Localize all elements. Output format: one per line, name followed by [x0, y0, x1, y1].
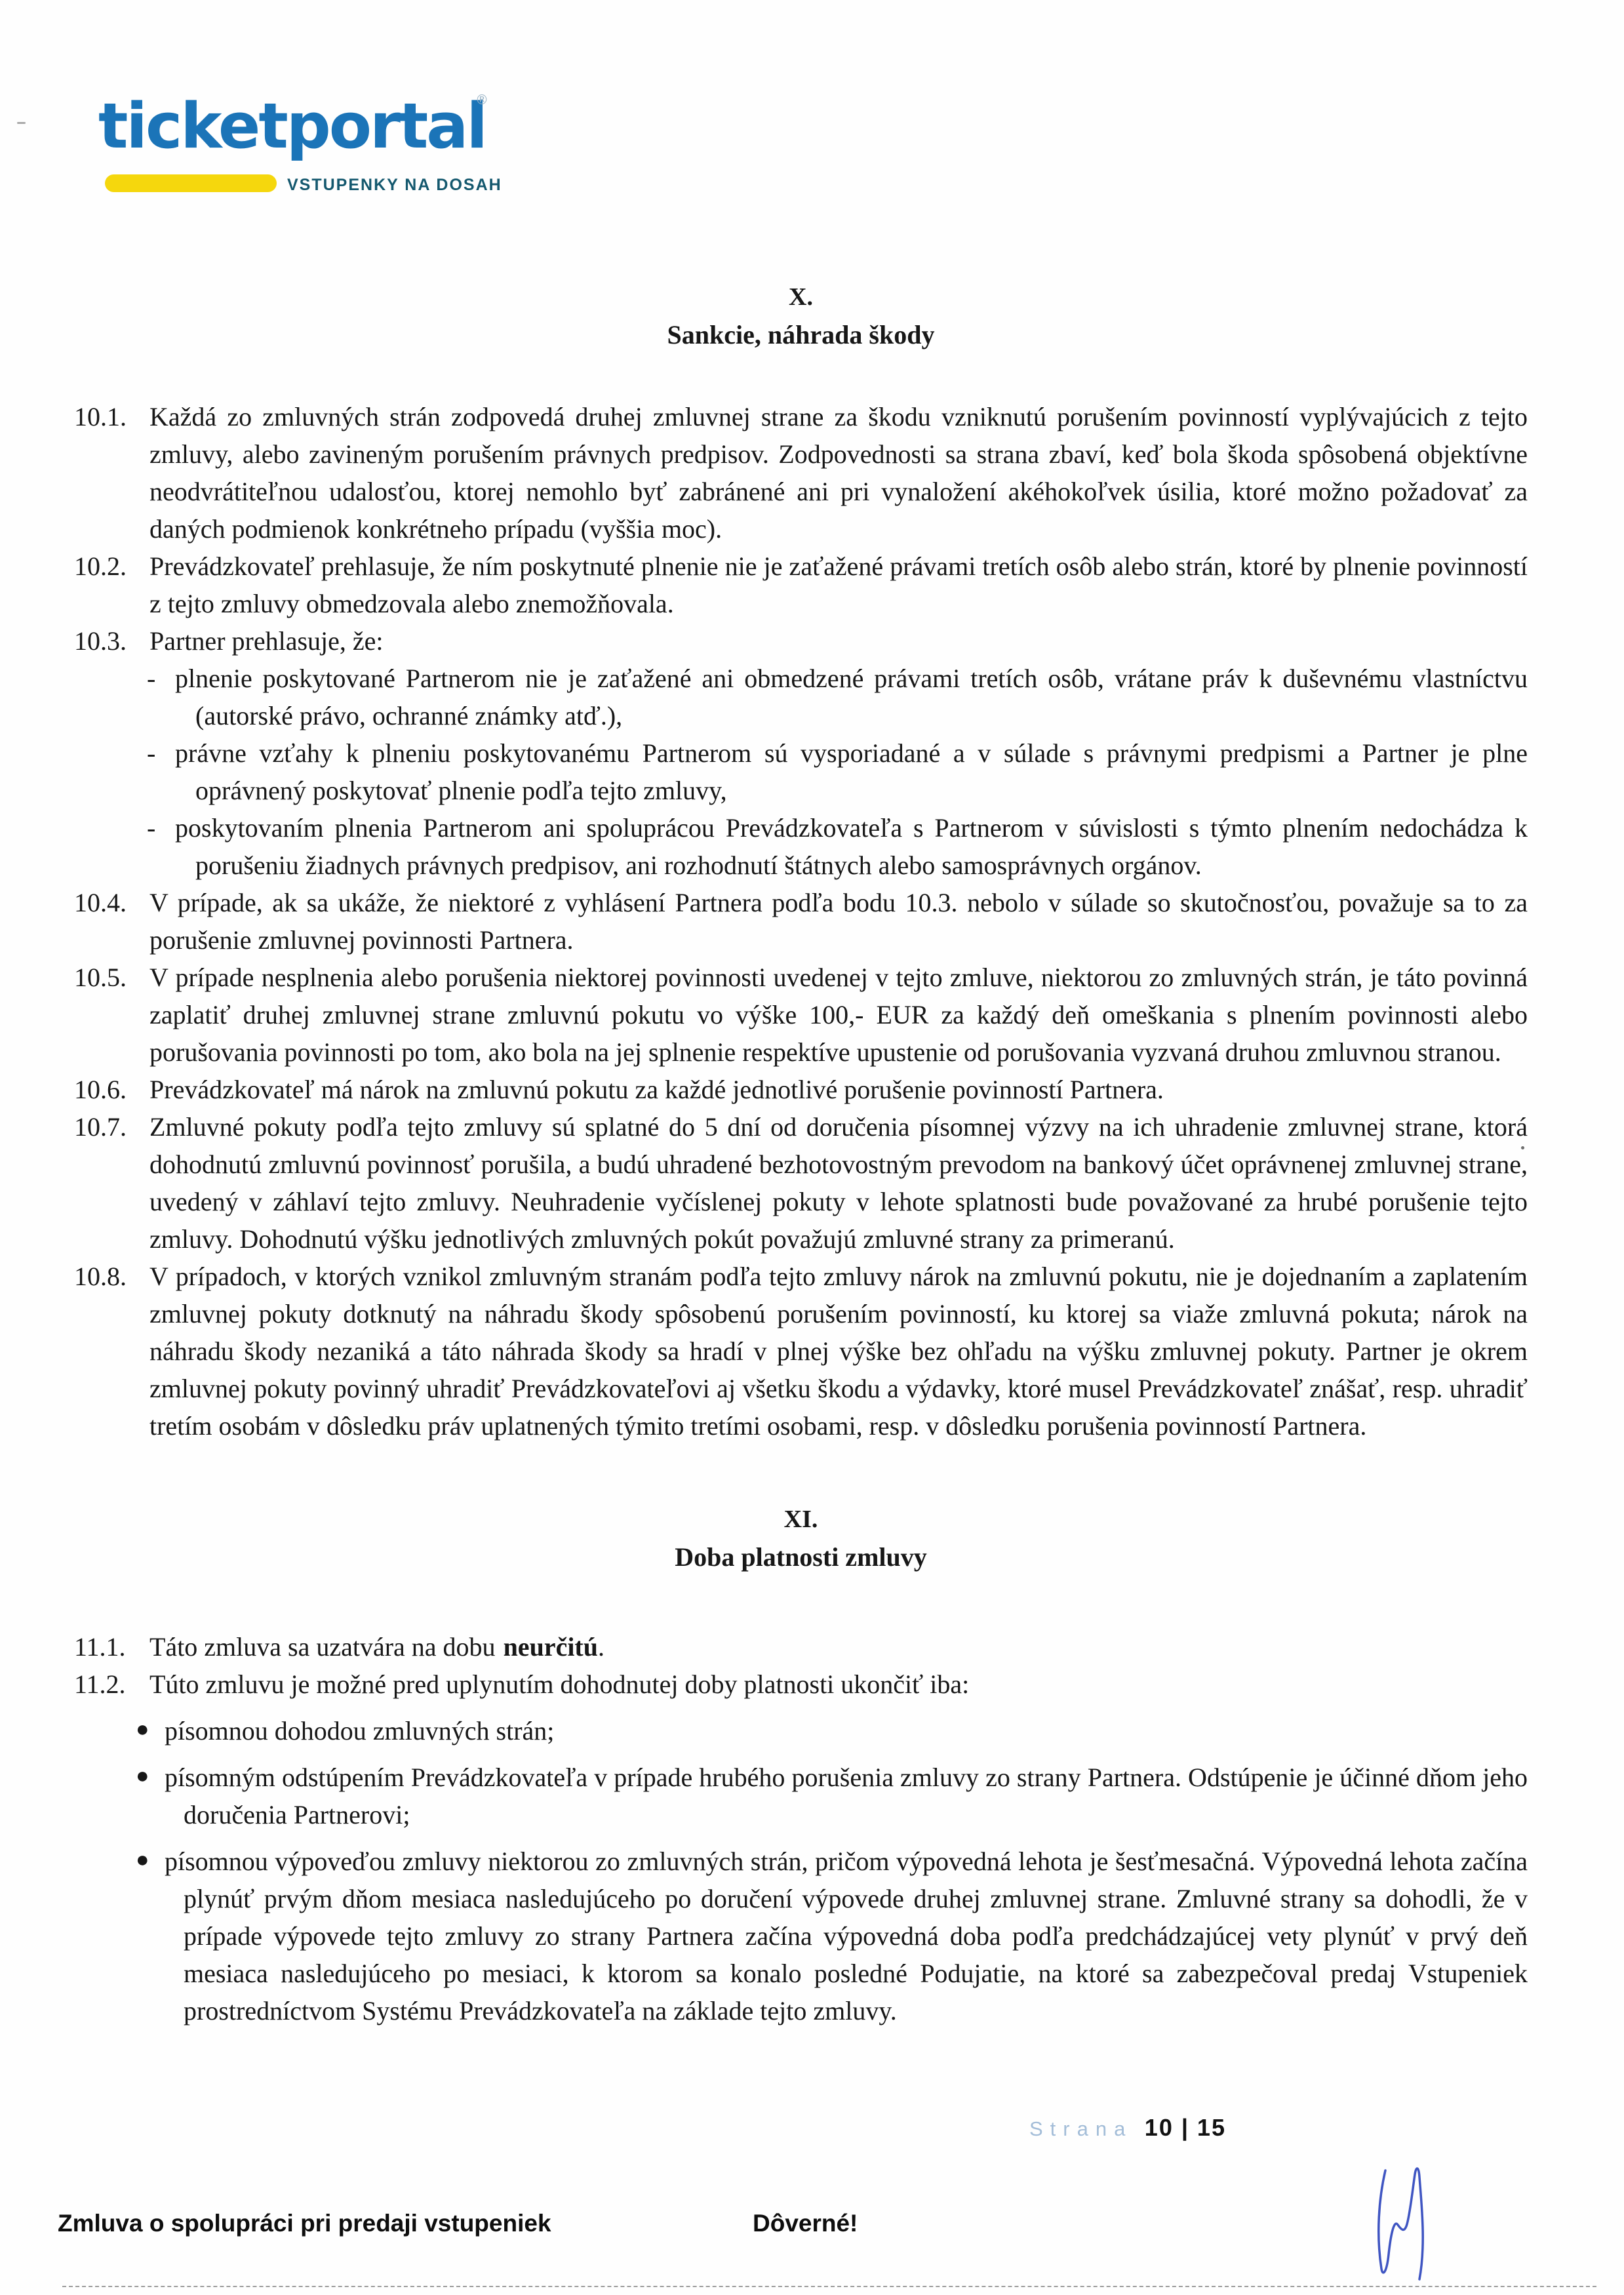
section-x-number: X. [74, 279, 1528, 316]
contract-text-body: X. Sankcie, náhrada škody 10.1. Každá zo… [74, 279, 1528, 2029]
clause-10-4: 10.4. V prípade, ak sa ukáže, že niektor… [74, 884, 1528, 959]
page-number-label: Strana [1029, 2117, 1132, 2140]
bullet-marker: ● [136, 1841, 149, 1879]
signature-scribble [1367, 2163, 1472, 2287]
clause-number: 11.1. [74, 1628, 126, 1666]
clause-text-plain: Táto zmluva sa uzatvára na dobu [149, 1632, 496, 1662]
clause-number: 10.3. [74, 622, 127, 660]
clause-text: V prípade nesplnenia alebo porušenia nie… [149, 963, 1528, 1067]
clause-number: 10.5. [74, 959, 127, 996]
clause-number: 10.8. [74, 1258, 127, 1295]
ticketportal-logo: ticketportal ® VSTUPENKY NA DOSAH [98, 90, 597, 202]
logo-tagline: VSTUPENKY NA DOSAH [287, 176, 502, 195]
scan-artifact-dash [17, 122, 26, 124]
section-x-heading: X. Sankcie, náhrada škody [74, 279, 1528, 353]
registered-trademark-icon: ® [475, 92, 488, 108]
clause-10-6: 10.6. Prevádzkovateľ má nárok na zmluvnú… [74, 1071, 1528, 1108]
dash-item-text: právne vzťahy k plneniu poskytovanému Pa… [175, 738, 1528, 805]
clause-text: Zmluvné pokuty podľa tejto zmluvy sú spl… [149, 1112, 1528, 1254]
clause-11-2-bullet-3: ● písomnou výpoveďou zmluvy niektorou zo… [74, 1843, 1528, 2029]
clause-number: 10.4. [74, 884, 127, 921]
clause-number: 10.7. [74, 1108, 127, 1146]
clause-number: 10.2. [74, 548, 127, 585]
bottom-dashed-line [62, 2286, 1596, 2287]
footer-document-title: Zmluva o spolupráci pri predaji vstupeni… [58, 2210, 551, 2237]
clause-10-7: 10.7. Zmluvné pokuty podľa tejto zmluvy … [74, 1108, 1528, 1258]
dash-marker: - [147, 809, 155, 847]
clause-10-1: 10.1. Každá zo zmluvných strán zodpovedá… [74, 398, 1528, 548]
dash-marker: - [147, 734, 155, 772]
clause-text: Každá zo zmluvných strán zodpovedá druhe… [149, 402, 1528, 544]
clause-11-2-bullet-2: ● písomným odstúpením Prevádzkovateľa v … [74, 1759, 1528, 1833]
clause-text: V prípade, ak sa ukáže, že niektoré z vy… [149, 888, 1528, 955]
section-xi-title: Doba platnosti zmluvy [74, 1538, 1528, 1576]
logo-wordmark: ticketportal [98, 90, 486, 163]
dash-item-text: poskytovaním plnenia Partnerom ani spolu… [175, 813, 1528, 880]
clause-text: Partner prehlasuje, že: [149, 626, 384, 656]
clause-text: Prevádzkovateľ prehlasuje, že ním poskyt… [149, 551, 1528, 618]
clause-10-5: 10.5. V prípade nesplnenia alebo porušen… [74, 959, 1528, 1071]
logo-yellow-underline [105, 174, 277, 192]
page-number-value: 10 | 15 [1145, 2114, 1226, 2141]
clause-text: V prípadoch, v ktorých vznikol zmluvným … [149, 1262, 1528, 1441]
clause-10-3-item-2: - právne vzťahy k plneniu poskytovanému … [74, 734, 1528, 809]
bullet-item-text: písomnou dohodou zmluvných strán; [165, 1716, 554, 1746]
scan-artifact-dot [1521, 1146, 1524, 1149]
clause-text-bold: neurčitú [504, 1632, 598, 1662]
bullet-marker: ● [136, 1711, 149, 1748]
clause-number: 11.2. [74, 1666, 126, 1703]
clause-number: 10.1. [74, 398, 127, 435]
section-xi-heading: XI. Doba platnosti zmluvy [74, 1501, 1528, 1576]
clause-10-2: 10.2. Prevádzkovateľ prehlasuje, že ním … [74, 548, 1528, 622]
clause-10-3-item-1: - plnenie poskytované Partnerom nie je z… [74, 660, 1528, 734]
bullet-item-text: písomným odstúpením Prevádzkovateľa v pr… [165, 1763, 1528, 1829]
clause-11-1: 11.1. Táto zmluva sa uzatvára na dobuneu… [74, 1628, 1528, 1666]
clause-text: Prevádzkovateľ má nárok na zmluvnú pokut… [149, 1075, 1164, 1104]
clause-text: Táto zmluva sa uzatvára na dobuneurčitú. [149, 1632, 604, 1662]
clause-10-3-item-3: - poskytovaním plnenia Partnerom ani spo… [74, 809, 1528, 884]
clause-text: Túto zmluvu je možné pred uplynutím doho… [149, 1669, 969, 1699]
clause-10-3: 10.3. Partner prehlasuje, že: [74, 622, 1528, 660]
dash-marker: - [147, 660, 155, 697]
clause-10-8: 10.8. V prípadoch, v ktorých vznikol zml… [74, 1258, 1528, 1445]
clause-number: 10.6. [74, 1071, 127, 1108]
footer-confidential-label: Dôverné! [753, 2210, 858, 2237]
bullet-marker: ● [136, 1757, 149, 1795]
dash-item-text: plnenie poskytované Partnerom nie je zať… [175, 664, 1528, 730]
clause-11-2-bullet-1: ● písomnou dohodou zmluvných strán; [74, 1712, 1528, 1749]
section-x-title: Sankcie, náhrada škody [74, 316, 1528, 353]
scanned-contract-page: ticketportal ® VSTUPENKY NA DOSAH X. San… [0, 0, 1624, 2295]
page-number: Strana 10 | 15 [1029, 2114, 1226, 2142]
bullet-item-text: písomnou výpoveďou zmluvy niektorou zo z… [165, 1846, 1528, 2026]
section-xi-number: XI. [74, 1501, 1528, 1538]
clause-11-2: 11.2. Túto zmluvu je možné pred uplynutí… [74, 1666, 1528, 1703]
clause-text-period: . [598, 1632, 604, 1662]
